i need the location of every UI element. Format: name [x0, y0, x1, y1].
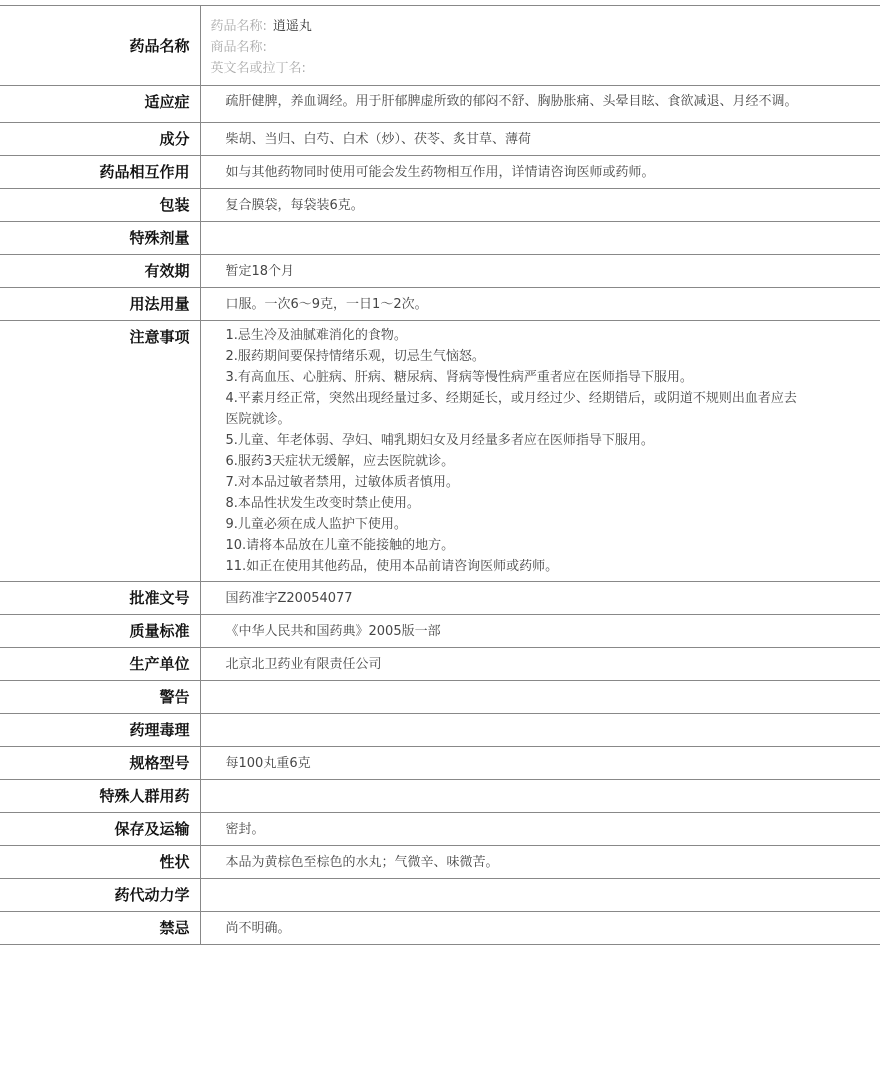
precaution-item: 8.本品性状发生改变时禁止使用。	[226, 493, 801, 514]
row-interactions: 药品相互作用 如与其他药物同时使用可能会发生药物相互作用，详情请咨询医师或药师。	[0, 156, 880, 189]
value-pharmacokinetics	[200, 879, 880, 912]
value-special-dosage	[200, 222, 880, 255]
label-specification: 规格型号	[0, 747, 200, 780]
label-interactions: 药品相互作用	[0, 156, 200, 189]
row-storage-transport: 保存及运输 密封。	[0, 813, 880, 846]
label-description: 性状	[0, 846, 200, 879]
value-special-populations	[200, 780, 880, 813]
label-usage-dosage: 用法用量	[0, 288, 200, 321]
precaution-item: 5.儿童、年老体弱、孕妇、哺乳期妇女及月经量多者应在医师指导下服用。	[226, 430, 801, 451]
value-drug-name-block: 药品名称:逍遥丸 商品名称: 英文名或拉丁名:	[200, 6, 880, 86]
precaution-item: 11.如正在使用其他药品，使用本品前请咨询医师或药师。	[226, 556, 801, 577]
drug-name-label: 药品名称:	[211, 19, 267, 34]
row-special-populations: 特殊人群用药	[0, 780, 880, 813]
precaution-item: 4.平素月经正常，突然出现经量过多、经期延长，或月经过少、经期错后，或阴道不规则…	[226, 388, 801, 430]
label-packaging: 包装	[0, 189, 200, 222]
value-approval-number: 国药准字Z20054077	[200, 582, 880, 615]
label-manufacturer: 生产单位	[0, 648, 200, 681]
precaution-item: 9.儿童必须在成人监护下使用。	[226, 514, 801, 535]
value-precautions: 1.忌生冷及油腻难消化的食物。 2.服药期间要保持情绪乐观，切忌生气恼怒。 3.…	[200, 321, 880, 582]
value-shelf-life: 暂定18个月	[200, 255, 880, 288]
value-interactions: 如与其他药物同时使用可能会发生药物相互作用，详情请咨询医师或药师。	[200, 156, 880, 189]
row-approval-number: 批准文号 国药准字Z20054077	[0, 582, 880, 615]
row-warning: 警告	[0, 681, 880, 714]
precaution-item: 3.有高血压、心脏病、肝病、糖尿病、肾病等慢性病严重者应在医师指导下服用。	[226, 367, 801, 388]
label-pharmacology-toxicology: 药理毒理	[0, 714, 200, 747]
label-indications: 适应症	[0, 86, 200, 123]
drug-name-value: 逍遥丸	[273, 19, 312, 34]
drug-name-line: 药品名称:逍遥丸	[211, 16, 880, 37]
row-precautions: 注意事项 1.忌生冷及油腻难消化的食物。 2.服药期间要保持情绪乐观，切忌生气恼…	[0, 321, 880, 582]
label-precautions: 注意事项	[0, 321, 200, 582]
row-ingredients: 成分 柴胡、当归、白芍、白术（炒）、茯苓、炙甘草、薄荷	[0, 123, 880, 156]
value-manufacturer: 北京北卫药业有限责任公司	[200, 648, 880, 681]
label-quality-standard: 质量标准	[0, 615, 200, 648]
value-specification: 每100丸重6克	[200, 747, 880, 780]
label-pharmacokinetics: 药代动力学	[0, 879, 200, 912]
label-approval-number: 批准文号	[0, 582, 200, 615]
english-name-label: 英文名或拉丁名:	[211, 61, 306, 76]
row-special-dosage: 特殊剂量	[0, 222, 880, 255]
value-contraindications: 尚不明确。	[200, 912, 880, 945]
row-pharmacokinetics: 药代动力学	[0, 879, 880, 912]
row-usage-dosage: 用法用量 口服。一次6～9克，一日1～2次。	[0, 288, 880, 321]
english-name-line: 英文名或拉丁名:	[211, 58, 880, 79]
row-shelf-life: 有效期 暂定18个月	[0, 255, 880, 288]
precaution-item: 10.请将本品放在儿童不能接触的地方。	[226, 535, 801, 556]
trade-name-label: 商品名称:	[211, 40, 267, 55]
row-indications: 适应症 疏肝健脾，养血调经。用于肝郁脾虚所致的郁闷不舒、胸胁胀痛、头晕目眩、食欲…	[0, 86, 880, 123]
value-description: 本品为黄棕色至棕色的水丸；气微辛、味微苦。	[200, 846, 880, 879]
precaution-item: 1.忌生冷及油腻难消化的食物。	[226, 325, 801, 346]
precaution-item: 2.服药期间要保持情绪乐观，切忌生气恼怒。	[226, 346, 801, 367]
label-shelf-life: 有效期	[0, 255, 200, 288]
value-storage-transport: 密封。	[200, 813, 880, 846]
row-contraindications: 禁忌 尚不明确。	[0, 912, 880, 945]
precaution-item: 6.服药3天症状无缓解，应去医院就诊。	[226, 451, 801, 472]
precaution-item: 7.对本品过敏者禁用，过敏体质者慎用。	[226, 472, 801, 493]
value-warning	[200, 681, 880, 714]
row-packaging: 包装 复合膜袋，每袋装6克。	[0, 189, 880, 222]
row-drug-name: 药品名称 药品名称:逍遥丸 商品名称: 英文名或拉丁名:	[0, 6, 880, 86]
label-contraindications: 禁忌	[0, 912, 200, 945]
row-quality-standard: 质量标准 《中华人民共和国药典》2005版一部	[0, 615, 880, 648]
row-pharmacology-toxicology: 药理毒理	[0, 714, 880, 747]
drug-spec-table: 药品名称 药品名称:逍遥丸 商品名称: 英文名或拉丁名: 适应症 疏肝健脾，养血…	[0, 5, 880, 945]
row-specification: 规格型号 每100丸重6克	[0, 747, 880, 780]
label-storage-transport: 保存及运输	[0, 813, 200, 846]
label-drug-name: 药品名称	[0, 6, 200, 86]
label-ingredients: 成分	[0, 123, 200, 156]
trade-name-line: 商品名称:	[211, 37, 880, 58]
label-special-populations: 特殊人群用药	[0, 780, 200, 813]
drug-spec-page: 药品名称 药品名称:逍遥丸 商品名称: 英文名或拉丁名: 适应症 疏肝健脾，养血…	[0, 0, 880, 945]
row-manufacturer: 生产单位 北京北卫药业有限责任公司	[0, 648, 880, 681]
value-indications: 疏肝健脾，养血调经。用于肝郁脾虚所致的郁闷不舒、胸胁胀痛、头晕目眩、食欲减退、月…	[200, 86, 880, 123]
label-special-dosage: 特殊剂量	[0, 222, 200, 255]
value-quality-standard: 《中华人民共和国药典》2005版一部	[200, 615, 880, 648]
value-pharmacology-toxicology	[200, 714, 880, 747]
value-usage-dosage: 口服。一次6～9克，一日1～2次。	[200, 288, 880, 321]
row-description: 性状 本品为黄棕色至棕色的水丸；气微辛、味微苦。	[0, 846, 880, 879]
value-packaging: 复合膜袋，每袋装6克。	[200, 189, 880, 222]
label-warning: 警告	[0, 681, 200, 714]
value-ingredients: 柴胡、当归、白芍、白术（炒）、茯苓、炙甘草、薄荷	[200, 123, 880, 156]
